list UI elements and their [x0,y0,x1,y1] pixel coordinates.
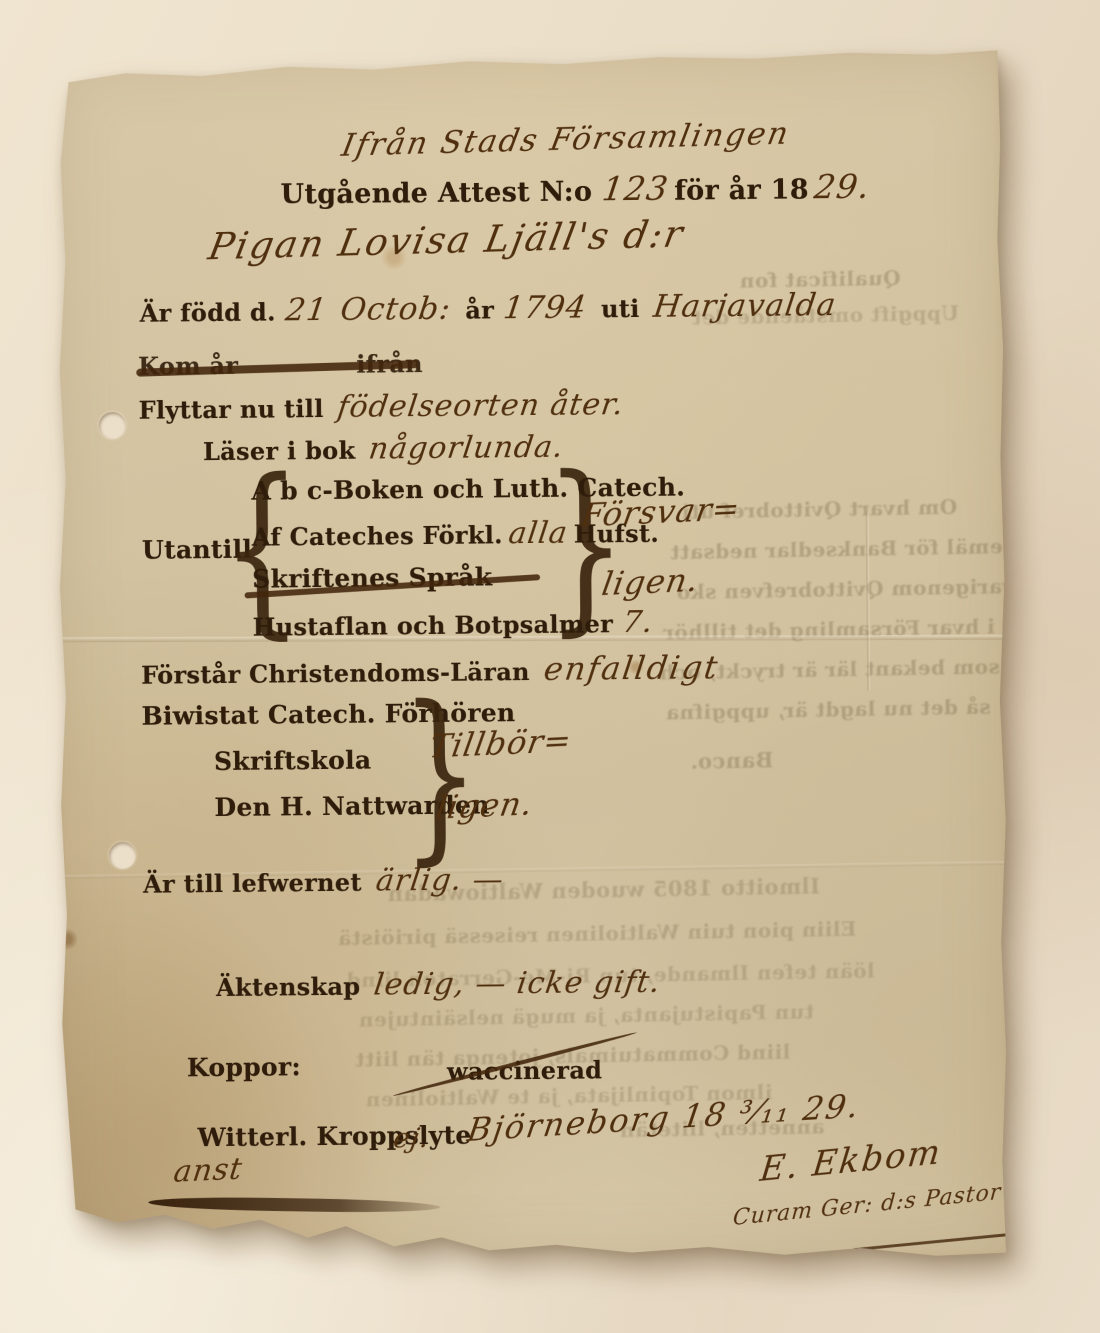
punch-hole [109,842,136,869]
koppor-label: Koppor: [187,1052,301,1082]
born-month-handwritten: Octob: [339,291,454,328]
attest-year-handwritten: 29. [812,167,873,207]
born-year-handwritten: 1794 [502,289,590,326]
ink-flourish-underline [148,1196,440,1214]
paper-wrapper: Qualificat fon Uppgift omstående det Om … [49,45,1013,1266]
aktenskap-label: Äktenskap [216,972,361,1002]
flyttar-label: Flyttar nu till [138,394,323,425]
utantill-item-4-handwritten: 7. [621,605,656,640]
attest-title-line: Utgående Attest N:o 123 för år 18 29. [280,167,870,212]
moving-line: Flyttar nu till födelseorten åter. [138,387,624,427]
born-place-handwritten: Harjavalda [651,287,838,325]
bleedthrough-text: Banco. [690,747,774,774]
parish-header-handwritten: Ifrån Stads Församlingen [339,115,793,163]
born-label: Är född d. [140,297,276,327]
marriage-line: Äktenskap ledig, — icke gift. [216,965,661,1004]
born-year-label: år [465,295,494,324]
witterl-value-handwritten: ej. [391,1123,432,1154]
biwistat-grade-handwritten-1: Tillbör= [427,721,575,766]
utantill-grade-handwritten-2: ligen. [599,561,702,604]
bleedthrough-text: stor i hvar Församling det tillhör [663,613,1049,644]
conduct-line: Är till lefwernet ärlig. — [143,862,504,900]
forstar-value-handwritten: enfalldigt [541,648,721,688]
born-day-handwritten: 21 [283,292,329,328]
lefwernet-value-handwritten: ärlig. — [373,862,505,898]
person-name-handwritten: Pigan Lovisa Ljäll's d:r [205,212,688,268]
margin-note-handwritten: anst [172,1151,245,1189]
flyttar-value-handwritten: födelseorten åter. [335,387,626,425]
biwistat-grade-handwritten-2: ligen. [433,784,536,827]
attest-number-handwritten: 123 [600,169,671,209]
attest-year-label: för år 18 [674,174,809,206]
paper-sheet: Qualificat fon Uppgift omstående det Om … [49,45,1013,1266]
attest-label: Utgående Attest N:o [280,176,592,210]
document-photo: Qualificat fon Uppgift omstående det Om … [0,0,1100,1333]
punch-hole [99,412,126,439]
biwistat-line-2: Skriftskola [214,746,372,777]
birth-line: Är född d. 21 Octob: år 1794 uti Harjava… [140,287,837,330]
utantill-item-2-handwritten: alla [507,516,571,552]
bleedthrough-text: tun Papistujanta, ja mugä nelsäintujen [358,999,814,1031]
bleedthrough-text: hvarigenom Qvittobrefven sko [676,574,1029,604]
laser-value-handwritten: någorlunda. [367,430,566,467]
utantill-item-4-label: Hustaflan och Botpsalmer [253,609,614,641]
bleedthrough-text: gemäl för Banksedlar nedsatt [670,534,1017,564]
utantill-item-4: Hustaflan och Botpsalmer 7. [253,605,654,644]
bleedthrough-text: Eliin pion tuin Waltiolinen reisessä pir… [337,917,856,951]
utantill-grade-handwritten-1: Försvar= [579,489,744,534]
signature-name-handwritten: E. Ekbom [758,1132,944,1190]
signature-underline [853,1232,1021,1251]
utantill-item-2-label: Af Cateches Förkl. [252,520,503,551]
born-place-label: uti [601,294,640,323]
aktenskap-value-handwritten: ledig, — icke gift. [372,965,663,1003]
bleedthrough-text: bevis, så det nu lagdt är, uppgifna [665,693,1065,724]
lefwernet-label: Är till lefwernet [143,868,362,899]
right-brace: } [400,682,480,868]
